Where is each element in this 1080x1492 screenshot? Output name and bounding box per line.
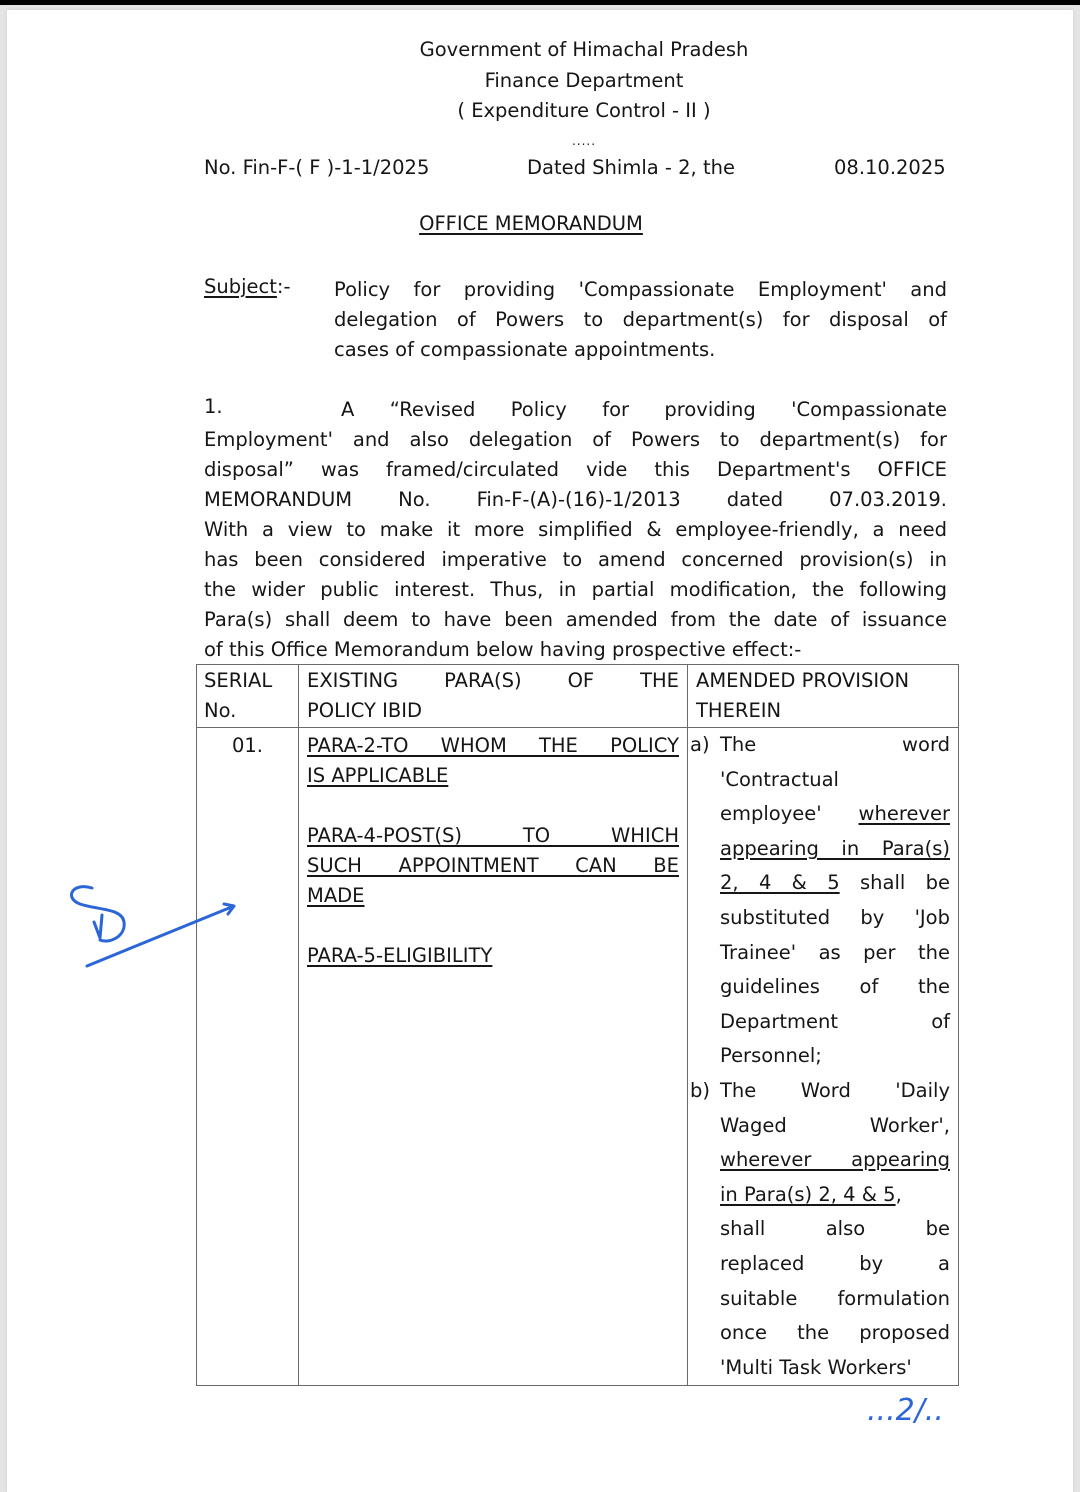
- paragraph-line: A “Revised Policy for providing 'Compass…: [341, 395, 947, 425]
- header-serial: SERIAL No.: [197, 665, 299, 728]
- serial-cell: 01.: [197, 728, 299, 1386]
- paragraph-body: Employment' and also delegation of Power…: [204, 425, 947, 665]
- amendment-table: SERIAL No. EXISTING PARA(S) OF THE POLIC…: [196, 664, 959, 1386]
- subject-label-wrap: Subject:-: [204, 275, 291, 298]
- amendment-line: Personnel;: [720, 1039, 950, 1074]
- subject-line: cases of compassionate appointments.: [334, 335, 947, 365]
- reference-number: No. Fin-F-( F )-1-1/2025: [204, 156, 429, 179]
- paragraph-line: Para(s) shall deem to have been amended …: [204, 605, 947, 635]
- header-text: No.: [204, 696, 290, 726]
- existing-para-4: SUCH APPOINTMENT CAN BE: [307, 851, 679, 881]
- department-heading: Finance Department: [284, 69, 884, 92]
- header-text: EXISTING PARA(S) OF THE: [307, 666, 679, 696]
- amendment-line: employee' wherever: [720, 797, 950, 832]
- paragraph-line: of this Office Memorandum below having p…: [204, 635, 947, 665]
- paragraph-line: the wider public interest. Thus, in part…: [204, 575, 947, 605]
- paragraph-line: has been considered imperative to amend …: [204, 545, 947, 575]
- amendment-b: b) The Word 'Daily Waged Worker', wherev…: [688, 1074, 958, 1385]
- subject-text: Policy for providing 'Compassionate Empl…: [334, 275, 947, 365]
- amendment-line: Trainee' as per the: [720, 936, 950, 971]
- amendment-line: 2, 4 & 5 shall be: [720, 866, 950, 901]
- paragraph-number: 1.: [204, 395, 223, 418]
- amendment-line: Waged Worker',: [720, 1109, 950, 1144]
- header-text: POLICY IBID: [307, 696, 679, 726]
- header-text: THEREIN: [696, 696, 950, 726]
- amendment-line: substituted by 'Job: [720, 901, 950, 936]
- paragraph-line: Employment' and also delegation of Power…: [204, 425, 947, 455]
- top-black-bar: [0, 0, 1080, 5]
- amendment-line: appearing in Para(s): [720, 832, 950, 867]
- amendment-line: 'Multi Task Workers': [720, 1351, 950, 1386]
- amendment-marker: a): [690, 728, 710, 763]
- amendment-line: The word: [720, 728, 950, 763]
- existing-paras-cell: PARA-2-TO WHOM THE POLICY IS APPLICABLE …: [299, 728, 688, 1386]
- amendment-line: suitable formulation: [720, 1282, 950, 1317]
- header-dots: .....: [284, 134, 884, 148]
- amendment-line: shall also be: [720, 1212, 950, 1247]
- existing-para-2: IS APPLICABLE: [307, 761, 679, 791]
- header-existing: EXISTING PARA(S) OF THE POLICY IBID: [299, 665, 688, 728]
- paragraph-line: With a view to make it more simplified &…: [204, 515, 947, 545]
- serial-number: 01.: [197, 728, 298, 761]
- amendment-line: The Word 'Daily: [720, 1074, 950, 1109]
- existing-para-4: MADE: [307, 881, 679, 911]
- subject-label: Subject: [204, 275, 277, 298]
- header-amended: AMENDED PROVISION THEREIN: [688, 665, 959, 728]
- amendment-line: Department of: [720, 1005, 950, 1040]
- subject-line: delegation of Powers to department(s) fo…: [334, 305, 947, 335]
- memo-date: 08.10.2025: [834, 156, 946, 179]
- table-row: 01. PARA-2-TO WHOM THE POLICY IS APPLICA…: [197, 728, 959, 1386]
- existing-para-5: PARA-5-ELIGIBILITY: [307, 941, 679, 971]
- amended-provision-cell: a) The word 'Contractual employee' where…: [688, 728, 959, 1386]
- document-title: OFFICE MEMORANDUM: [0, 212, 1064, 235]
- amendment-line: wherever appearing: [720, 1143, 950, 1178]
- paragraph-line: MEMORANDUM No. Fin-F-(A)-(16)-1/2013 dat…: [204, 485, 947, 515]
- amendment-line: 'Contractual: [720, 763, 950, 798]
- amendment-line: replaced by a: [720, 1247, 950, 1282]
- document-page: Government of Himachal Pradesh Finance D…: [7, 10, 1073, 1492]
- table-header-row: SERIAL No. EXISTING PARA(S) OF THE POLIC…: [197, 665, 959, 728]
- govt-heading: Government of Himachal Pradesh: [284, 38, 884, 61]
- dated-place: Dated Shimla - 2, the: [527, 156, 735, 179]
- subject-line: Policy for providing 'Compassionate Empl…: [334, 275, 947, 305]
- existing-para-2: PARA-2-TO WHOM THE POLICY: [307, 731, 679, 761]
- paragraph-line: disposal” was framed/circulated vide thi…: [204, 455, 947, 485]
- page-continuation-note: ...2/..: [867, 1393, 944, 1428]
- amendment-line: guidelines of the: [720, 970, 950, 1005]
- amendment-line: once the proposed: [720, 1316, 950, 1351]
- amendment-marker: b): [690, 1074, 710, 1109]
- existing-para-4: PARA-4-POST(S) TO WHICH: [307, 821, 679, 851]
- subject-separator: :-: [277, 275, 291, 298]
- handwritten-signature-icon: [62, 870, 242, 980]
- header-text: SERIAL: [204, 666, 290, 696]
- paragraph-first-line: A “Revised Policy for providing 'Compass…: [341, 395, 947, 425]
- division-heading: ( Expenditure Control - II ): [284, 99, 884, 122]
- amendment-line: in Para(s) 2, 4 & 5,: [720, 1178, 950, 1213]
- amendment-a: a) The word 'Contractual employee' where…: [688, 728, 958, 1074]
- header-text: AMENDED PROVISION: [696, 666, 950, 696]
